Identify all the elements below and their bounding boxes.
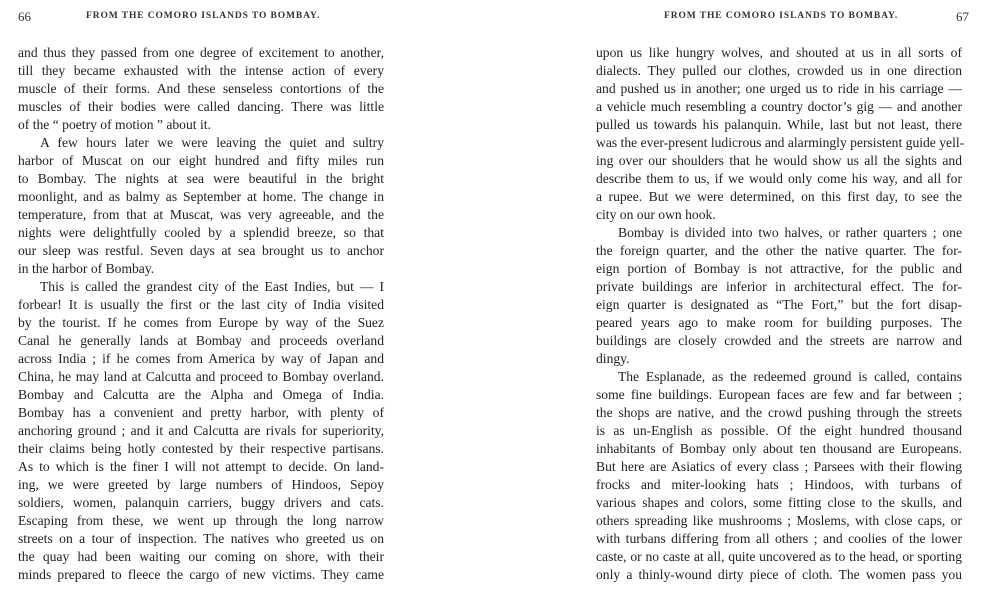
text-line: with turbans differing from all others ;…: [596, 530, 962, 548]
text-line: minds prepared to fleece the cargo of ne…: [18, 566, 384, 584]
text-line: temperature, from that at Muscat, was ve…: [18, 206, 384, 224]
text-line: A few hours later we were leaving the qu…: [18, 134, 384, 152]
text-line: streets on a tour of inspection. The nat…: [18, 530, 384, 548]
text-line: ing, we were greeted by large numbers of…: [18, 476, 384, 494]
text-line: our sleep was restful. Seven days at sea…: [18, 242, 384, 260]
body-text: upon us like hungry wolves, and shouted …: [596, 44, 962, 584]
text-line: Canal he generally lands at Bombay and p…: [18, 332, 384, 350]
text-line: upon us like hungry wolves, and shouted …: [596, 44, 962, 62]
text-line: muscle of their forms. And these sensele…: [18, 80, 384, 98]
body-text: and thus they passed from one degree of …: [18, 44, 384, 584]
text-line: inhabitants of Bombay only about ten tho…: [596, 440, 962, 458]
running-head: FROM THE COMORO ISLANDS TO BOMBAY.: [86, 11, 320, 21]
text-line: of the “ poetry of motion ” about it.: [18, 116, 384, 134]
text-line: ing over our shoulders that he would sho…: [596, 152, 962, 170]
text-line: was the ever-present ludicrous and alarm…: [596, 134, 962, 152]
text-line: dialects. They pulled our clothes, crowd…: [596, 62, 962, 80]
text-line: muscles of their bodies were called danc…: [18, 98, 384, 116]
text-line: the shops are native, and the crowd push…: [596, 404, 962, 422]
text-line: Escaping from these, we went up through …: [18, 512, 384, 530]
text-line: by the tourist. If he comes from Europe …: [18, 314, 384, 332]
text-line: others spreading like mushrooms ; Moslem…: [596, 512, 962, 530]
text-line: a vehicle much resembling a country doct…: [596, 98, 962, 116]
text-line: only a thinly-wound dirty piece of cloth…: [596, 566, 962, 584]
text-line: a rupee. But we were determined, on this…: [596, 188, 962, 206]
text-line: China, he may land at Calcutta and proce…: [18, 368, 384, 386]
text-line: soldiers, women, palanquin carriers, bug…: [18, 494, 384, 512]
text-line: peared years ago to make room for buildi…: [596, 314, 962, 332]
left-page: 66 FROM THE COMORO ISLANDS TO BOMBAY. an…: [0, 0, 490, 595]
text-line: in the harbor of Bombay.: [18, 260, 384, 278]
text-line: Bombay and Calcutta are the Alpha and Om…: [18, 386, 384, 404]
text-line: the quay had been waiting our coming on …: [18, 548, 384, 566]
text-line: various shapes and colors, some fitting …: [596, 494, 962, 512]
text-line: and thus they passed from one degree of …: [18, 44, 384, 62]
text-line: is as un-English as possible. Of the eig…: [596, 422, 962, 440]
text-line: dingy.: [596, 350, 962, 368]
right-page: FROM THE COMORO ISLANDS TO BOMBAY. 67 up…: [490, 0, 981, 595]
text-line: But here are Asiatics of every class ; P…: [596, 458, 962, 476]
text-line: caste, or no caste at all, quite uncover…: [596, 548, 962, 566]
text-line: describe them to us, if we would only co…: [596, 170, 962, 188]
text-line: Bombay is divided into two halves, or ra…: [596, 224, 962, 242]
text-line: pulled us towards his palanquin. While, …: [596, 116, 962, 134]
text-line: This is called the grandest city of the …: [18, 278, 384, 296]
running-head: FROM THE COMORO ISLANDS TO BOMBAY.: [664, 11, 898, 21]
text-line: eign quarter is designated as “The Fort,…: [596, 296, 962, 314]
text-line: moonlight, and as balmy as September at …: [18, 188, 384, 206]
text-line: some fine buildings. European faces are …: [596, 386, 962, 404]
text-line: frocks and miter-looking hats ; Hindoos,…: [596, 476, 962, 494]
text-line: across India ; if he comes from America …: [18, 350, 384, 368]
text-line: their claims being hotly contested by th…: [18, 440, 384, 458]
text-line: forbear! It is usually the first or the …: [18, 296, 384, 314]
text-line: nights were delightfully cooled by a spl…: [18, 224, 384, 242]
text-line: harbor of Muscat on our eight hundred an…: [18, 152, 384, 170]
text-line: till they became exhausted with the inte…: [18, 62, 384, 80]
page-number: 66: [18, 9, 31, 25]
text-line: As to which is the finer I will not atte…: [18, 458, 384, 476]
text-line: buildings are closely crowded and the st…: [596, 332, 962, 350]
text-line: and pushed us in another; one urged us t…: [596, 80, 962, 98]
text-line: city on our own hook.: [596, 206, 962, 224]
text-line: anchoring ground ; and it and Calcutta a…: [18, 422, 384, 440]
text-line: the foreign quarter, and the other the n…: [596, 242, 962, 260]
text-line: eign portion of Bombay is not attractive…: [596, 260, 962, 278]
text-line: to Bombay. The nights at sea were beauti…: [18, 170, 384, 188]
text-line: The Esplanade, as the redeemed ground is…: [596, 368, 962, 386]
text-line: Bombay has a convenient and pretty harbo…: [18, 404, 384, 422]
text-line: private buildings are inferior in archit…: [596, 278, 962, 296]
page-number: 67: [956, 9, 969, 25]
